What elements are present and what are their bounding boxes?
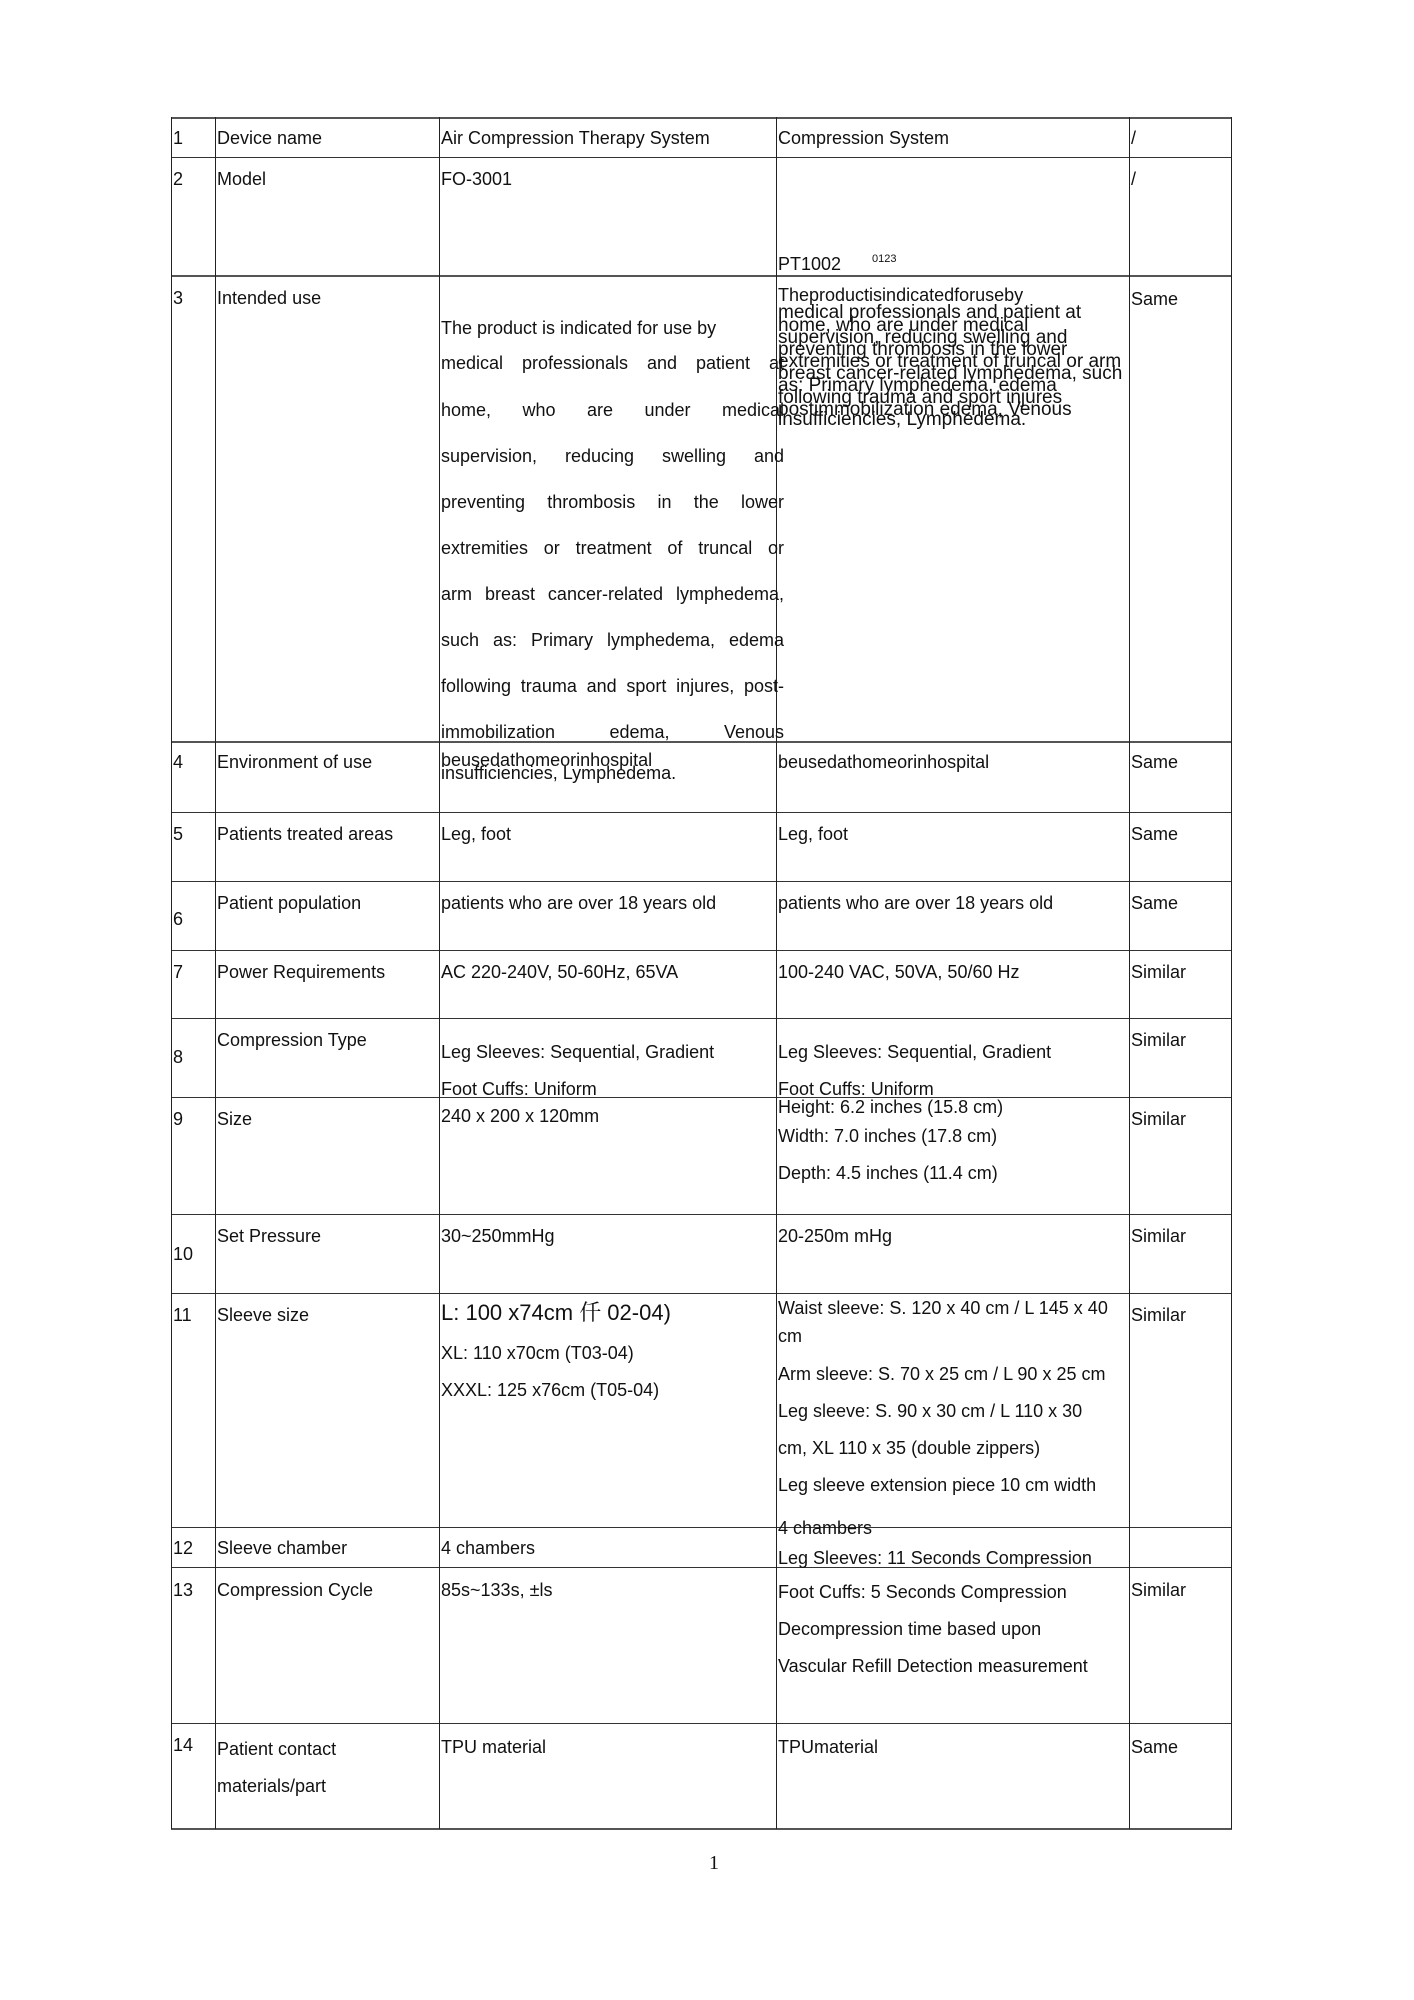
predicate-line: Leg sleeve: S. 90 x 30 cm / L 110 x 30: [778, 1401, 1082, 1421]
page-number: 1: [709, 1852, 719, 1875]
text-line: arm breast cancer-related lymphedema,: [441, 584, 784, 604]
row-number: 14: [173, 1735, 193, 1755]
predicate-line: Leg Sleeves: 11 Seconds Compression: [778, 1548, 1092, 1568]
row-number: 12: [173, 1538, 193, 1558]
table-border-bottom: [171, 1828, 1232, 1830]
row-number: 3: [173, 288, 183, 308]
predicate-line: Arm sleeve: S. 70 x 25 cm / L 90 x 25 cm: [778, 1364, 1105, 1384]
subject-cell: patients who are over 18 years old: [441, 893, 716, 913]
subject-line: XL: 110 x70cm (T03-04): [441, 1343, 634, 1363]
text-line: home, who are under medical: [441, 400, 784, 420]
predicate-line: Leg Sleeves: Sequential, Gradient: [778, 1042, 1051, 1062]
text-line: medical professionals and patient at: [441, 353, 784, 373]
subject-cell: 4 chambers: [441, 1538, 535, 1558]
comparison-cell: Same: [1131, 289, 1178, 309]
row-number: 4: [173, 752, 183, 772]
item-cell: Environment of use: [217, 752, 372, 772]
predicate-line: Decompression time based upon: [778, 1619, 1041, 1639]
predicate-line: Foot Cuffs: Uniform: [778, 1079, 934, 1099]
column-divider: [1129, 117, 1130, 1829]
column-divider: [776, 117, 777, 1829]
predicate-line: Leg sleeve extension piece 10 cm width: [778, 1475, 1096, 1495]
predicate-line: Width: 7.0 inches (17.8 cm): [778, 1126, 997, 1146]
comparison-cell: Similar: [1131, 1030, 1186, 1050]
item-cell: Size: [217, 1109, 252, 1129]
predicate-cell: 4 chambers: [778, 1518, 872, 1538]
predicate-line: Vascular Refill Detection measurement: [778, 1656, 1088, 1676]
row-number: 1: [173, 128, 183, 148]
text-line: following trauma and sport injures, post…: [441, 676, 784, 696]
comparison-cell: /: [1131, 169, 1136, 189]
row-divider: [171, 1293, 1232, 1294]
row-number: 7: [173, 962, 183, 982]
subject-cell: 240 x 200 x 120mm: [441, 1106, 599, 1126]
subject-cell: 85s~133s, ±ls: [441, 1580, 552, 1600]
predicate-cell: patients who are over 18 years old: [778, 893, 1053, 913]
predicate-line: Waist sleeve: S. 120 x 40 cm / L 145 x 4…: [778, 1298, 1108, 1318]
predicate-cell: Leg, foot: [778, 824, 848, 844]
row-divider: [171, 157, 1232, 158]
subject-cell: Air Compression Therapy System: [441, 128, 710, 148]
row-number: 5: [173, 824, 183, 844]
text-line: insufficiencies, Lymphedema.: [778, 412, 1026, 428]
comparison-cell: Same: [1131, 1737, 1178, 1757]
predicate-cell: Compression System: [778, 128, 949, 148]
row-number: 9: [173, 1109, 183, 1129]
row-divider: [171, 950, 1232, 951]
predicate-line: Depth: 4.5 inches (11.4 cm): [778, 1163, 998, 1183]
comparison-cell: Similar: [1131, 1580, 1186, 1600]
row-divider: [171, 1723, 1232, 1724]
table-border-left: [171, 117, 172, 1829]
document-page: 1 Device name Air Compression Therapy Sy…: [0, 0, 1414, 2000]
row-number: 2: [173, 169, 183, 189]
subject-line: XXXL: 125 x76cm (T05-04): [441, 1380, 659, 1400]
item-cell: Model: [217, 169, 266, 189]
row-number: 13: [173, 1580, 193, 1600]
row-number: 10: [173, 1244, 193, 1264]
predicate-line: Height: 6.2 inches (15.8 cm): [778, 1097, 1003, 1117]
item-cell: Compression Cycle: [217, 1580, 373, 1600]
comparison-cell: /: [1131, 128, 1136, 148]
row-divider: [171, 1214, 1232, 1215]
item-line: materials/part: [217, 1776, 326, 1796]
row-divider: [171, 275, 1232, 277]
item-cell: Set Pressure: [217, 1226, 321, 1246]
predicate-line: Foot Cuffs: 5 Seconds Compression: [778, 1582, 1067, 1602]
subject-line: L: 100 x74cm 仟 02-04): [441, 1301, 671, 1325]
row-divider: [171, 1097, 1232, 1098]
subject-cell: TPU material: [441, 1737, 546, 1757]
predicate-cell: 100-240 VAC, 50VA, 50/60 Hz: [778, 962, 1019, 982]
text-line: such as: Primary lymphedema, edema: [441, 630, 784, 650]
predicate-cell: TPUmaterial: [778, 1737, 878, 1757]
table-border-top: [171, 117, 1232, 119]
row-divider: [171, 1018, 1232, 1019]
text-line: preventing thrombosis in the lower: [441, 492, 784, 512]
comparison-cell: Same: [1131, 752, 1178, 772]
comparison-cell: Same: [1131, 893, 1178, 913]
row-number: 6: [173, 909, 183, 929]
comparison-cell: Similar: [1131, 1226, 1186, 1246]
text-line: extremities or treatment of truncal or: [441, 538, 784, 558]
item-cell: Patients treated areas: [217, 824, 393, 844]
row-divider: [171, 1527, 1232, 1528]
predicate-line: cm: [778, 1326, 802, 1346]
predicate-line: cm, XL 110 x 35 (double zippers): [778, 1438, 1040, 1458]
item-cell: Sleeve size: [217, 1305, 309, 1325]
subject-line: Leg Sleeves: Sequential, Gradient: [441, 1042, 714, 1062]
text-line: supervision, reducing swelling and: [441, 446, 784, 466]
text-line: The product is indicated for use by: [441, 318, 716, 338]
text-line: immobilization edema, Venous: [441, 722, 784, 742]
comparison-cell: Same: [1131, 824, 1178, 844]
item-cell: Patient population: [217, 893, 361, 913]
item-cell: Power Requirements: [217, 962, 385, 982]
subject-cell: 30~250mmHg: [441, 1226, 555, 1246]
subject-cell: FO-3001: [441, 169, 512, 189]
subject-cell: beusedathomeorinhospital: [441, 752, 652, 768]
predicate-cell: PT1002: [778, 254, 841, 274]
subject-cell: AC 220-240V, 50-60Hz, 65VA: [441, 962, 678, 982]
comparison-cell: Similar: [1131, 1305, 1186, 1325]
predicate-note: 0123: [872, 253, 896, 265]
item-cell: Sleeve chamber: [217, 1538, 347, 1558]
comparison-cell: Similar: [1131, 1109, 1186, 1129]
row-divider: [171, 812, 1232, 813]
predicate-cell: beusedathomeorinhospital: [778, 752, 989, 772]
table-border-right: [1231, 117, 1232, 1829]
item-cell: Intended use: [217, 288, 321, 308]
item-cell: Compression Type: [217, 1030, 367, 1050]
row-divider: [171, 881, 1232, 882]
row-number: 11: [173, 1305, 192, 1325]
predicate-cell: 20-250m mHg: [778, 1226, 892, 1246]
comparison-cell: Similar: [1131, 962, 1186, 982]
column-divider: [215, 117, 216, 1829]
item-line: Patient contact: [217, 1739, 336, 1759]
row-number: 8: [173, 1047, 183, 1067]
column-divider: [439, 117, 440, 1829]
subject-cell: Leg, foot: [441, 824, 511, 844]
item-cell: Device name: [217, 128, 322, 148]
subject-line: Foot Cuffs: Uniform: [441, 1079, 597, 1099]
